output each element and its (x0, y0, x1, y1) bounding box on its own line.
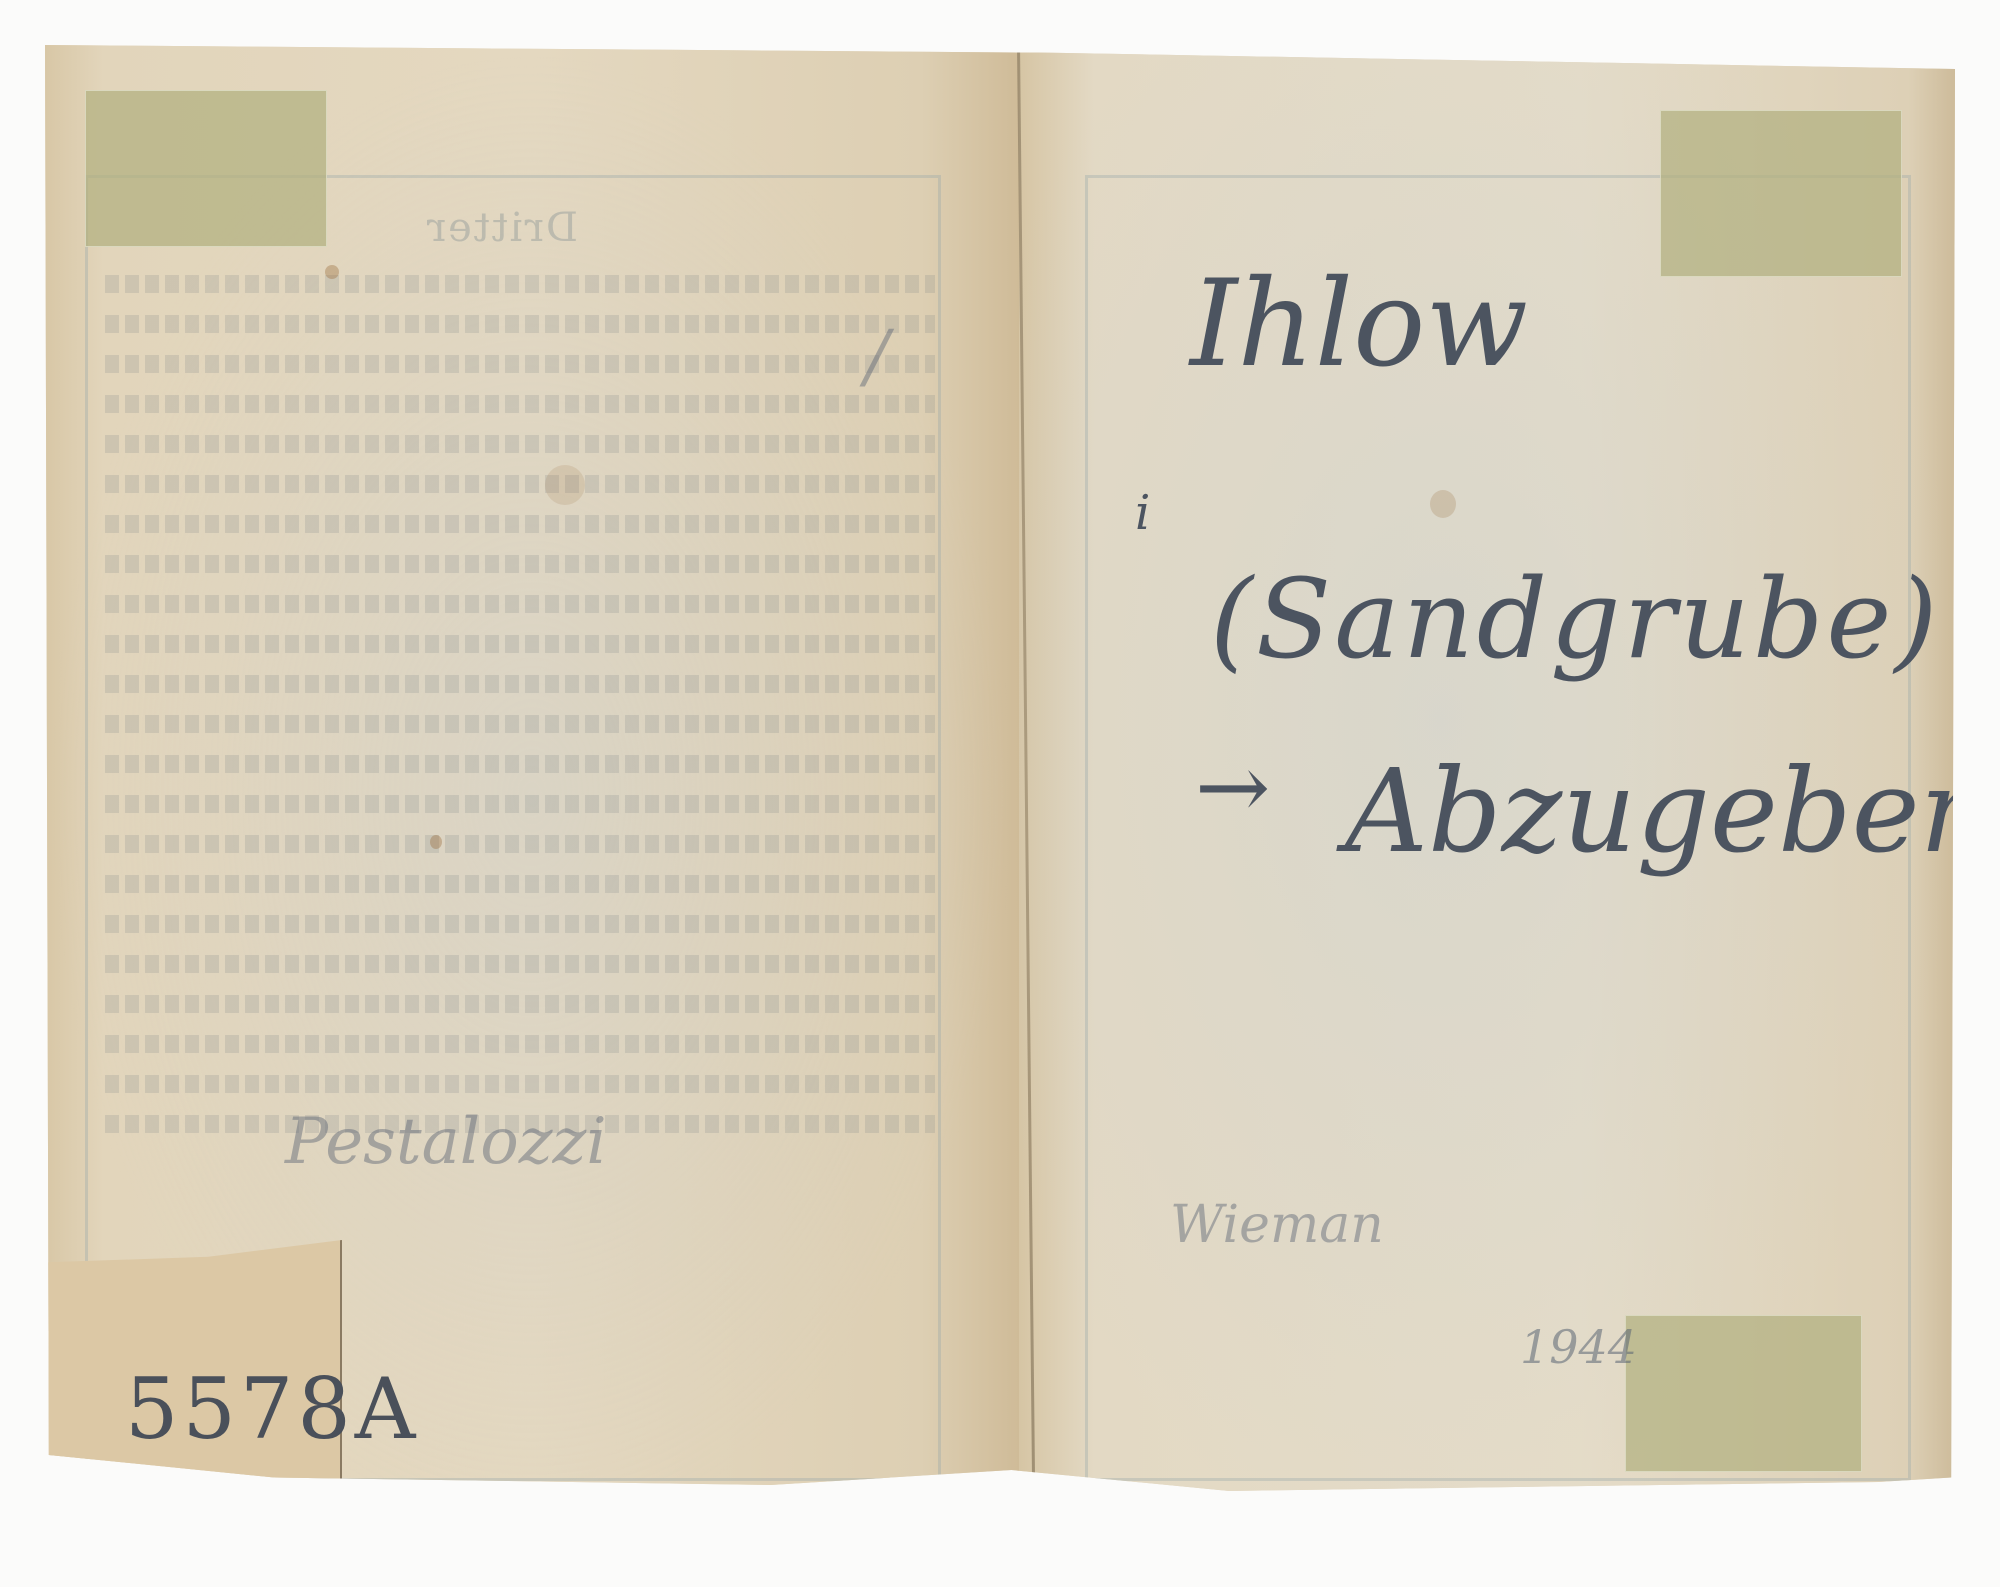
stain (430, 835, 442, 849)
faint-pencil-signature: Pestalozzi (285, 1105, 607, 1179)
catalog-number: 5578A (125, 1360, 419, 1458)
document-sheet: Dritter / Pestalozzi 5578A Ihlow i (Sand… (45, 45, 1955, 1545)
faint-pencil-year: 1944 (1520, 1320, 1637, 1374)
handwriting-line-1: Ihlow (1190, 255, 1528, 394)
margin-pencil-mark: / (865, 315, 889, 397)
stain (325, 265, 339, 279)
tape-top-left (85, 90, 327, 247)
tape-bottom-right (1625, 1315, 1862, 1472)
bleed-through-heading: Dritter (425, 205, 578, 251)
stain (545, 465, 585, 505)
faint-pencil-name: Wieman (1170, 1195, 1384, 1255)
handwriting-line-2: (Sandgrube) (1210, 555, 1940, 683)
stain (1430, 490, 1456, 518)
handwriting-small-mark: i (1135, 485, 1150, 541)
handwriting-line-3: Abzugeben (1345, 745, 1994, 879)
arrow-icon: → (1195, 735, 1270, 840)
bleed-through-text-block (105, 275, 935, 1155)
tape-top-right (1660, 110, 1902, 277)
